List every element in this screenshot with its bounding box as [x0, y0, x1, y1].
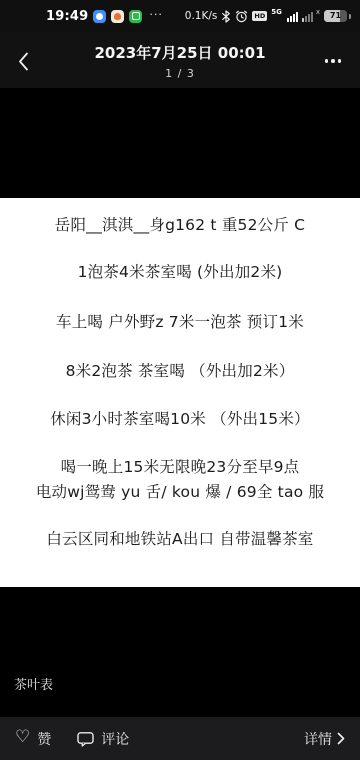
network-type-label: 5G	[271, 9, 282, 16]
photo-text-line: 白云区同和地铁站A出口 自带温馨茶室	[0, 530, 360, 548]
heart-icon: ♡	[15, 729, 30, 746]
photo-text-line: 电动wj鸳鸯 yu 舌/ kou 爆 / 69全 tao 服	[0, 483, 360, 501]
photo-text-line: 岳阳__淇淇__身g162 t 重52公斤 C	[0, 216, 360, 234]
photo-text-line: 8米2泡茶 茶室喝 （外出加2米）	[0, 362, 360, 380]
nav-bar: 2023年7月25日 00:01 1 / 3	[0, 32, 360, 88]
back-chevron-icon	[18, 52, 29, 71]
bluetooth-icon	[221, 10, 231, 23]
nav-titles: 2023年7月25日 00:01 1 / 3	[0, 40, 360, 80]
photo-text-line: 喝一晚上15米无限晚23分至早9点	[0, 458, 360, 476]
more-notifications-icon: ···	[149, 8, 163, 21]
page-indicator: 1 / 3	[0, 67, 360, 80]
comment-label: 评论	[101, 729, 129, 749]
more-options-button[interactable]	[314, 48, 352, 74]
chevron-right-icon	[337, 732, 345, 745]
photo-caption: 茶叶表	[14, 674, 53, 693]
notification-app-icon-blue	[93, 10, 106, 23]
sim2-no-service-mark: x	[316, 8, 320, 16]
status-bar-left: 19:49 ···	[46, 9, 163, 24]
like-label: 赞	[37, 729, 51, 749]
network-speed: 0.1K/s	[185, 10, 218, 22]
page-title: 2023年7月25日 00:01	[0, 42, 360, 63]
notification-app-icon-orange	[111, 10, 124, 23]
details-button[interactable]: 详情	[304, 729, 345, 749]
photo-viewer[interactable]: 岳阳__淇淇__身g162 t 重52公斤 C 1泡茶4米茶室喝 (外出加2米)…	[0, 88, 360, 717]
photo-image[interactable]: 岳阳__淇淇__身g162 t 重52公斤 C 1泡茶4米茶室喝 (外出加2米)…	[0, 198, 360, 587]
photo-text-line: 1泡茶4米茶室喝 (外出加2米)	[0, 263, 360, 281]
hd-badge: HD	[252, 11, 267, 21]
details-label: 详情	[304, 729, 332, 749]
comment-bubble-icon	[77, 731, 94, 747]
battery-icon: 71	[324, 10, 347, 22]
alarm-clock-icon	[235, 10, 248, 23]
like-button[interactable]: ♡ 赞	[15, 729, 51, 749]
notification-app-icon-green	[129, 10, 142, 23]
battery-nub	[349, 14, 351, 19]
clock: 19:49	[46, 9, 88, 24]
photo-text-line: 车上喝 户外野z 7米一泡茶 预订1米	[0, 313, 360, 331]
comment-button[interactable]: 评论	[77, 729, 129, 749]
back-button[interactable]	[4, 42, 42, 80]
status-bar-right: 0.1K/s HD 5G x 71	[185, 10, 351, 23]
action-bar: ♡ 赞 评论 详情	[0, 717, 360, 760]
more-options-icon	[325, 59, 329, 63]
signal-sim2-icon	[302, 11, 313, 22]
photo-text-line: 休闲3小时茶室喝10米 （外出15米）	[0, 410, 360, 428]
signal-sim1-icon	[287, 11, 298, 22]
battery-percent: 71	[330, 12, 341, 20]
screen: 19:49 ··· 0.1K/s HD 5G x 71	[0, 0, 360, 760]
status-bar: 19:49 ··· 0.1K/s HD 5G x 71	[0, 0, 360, 32]
